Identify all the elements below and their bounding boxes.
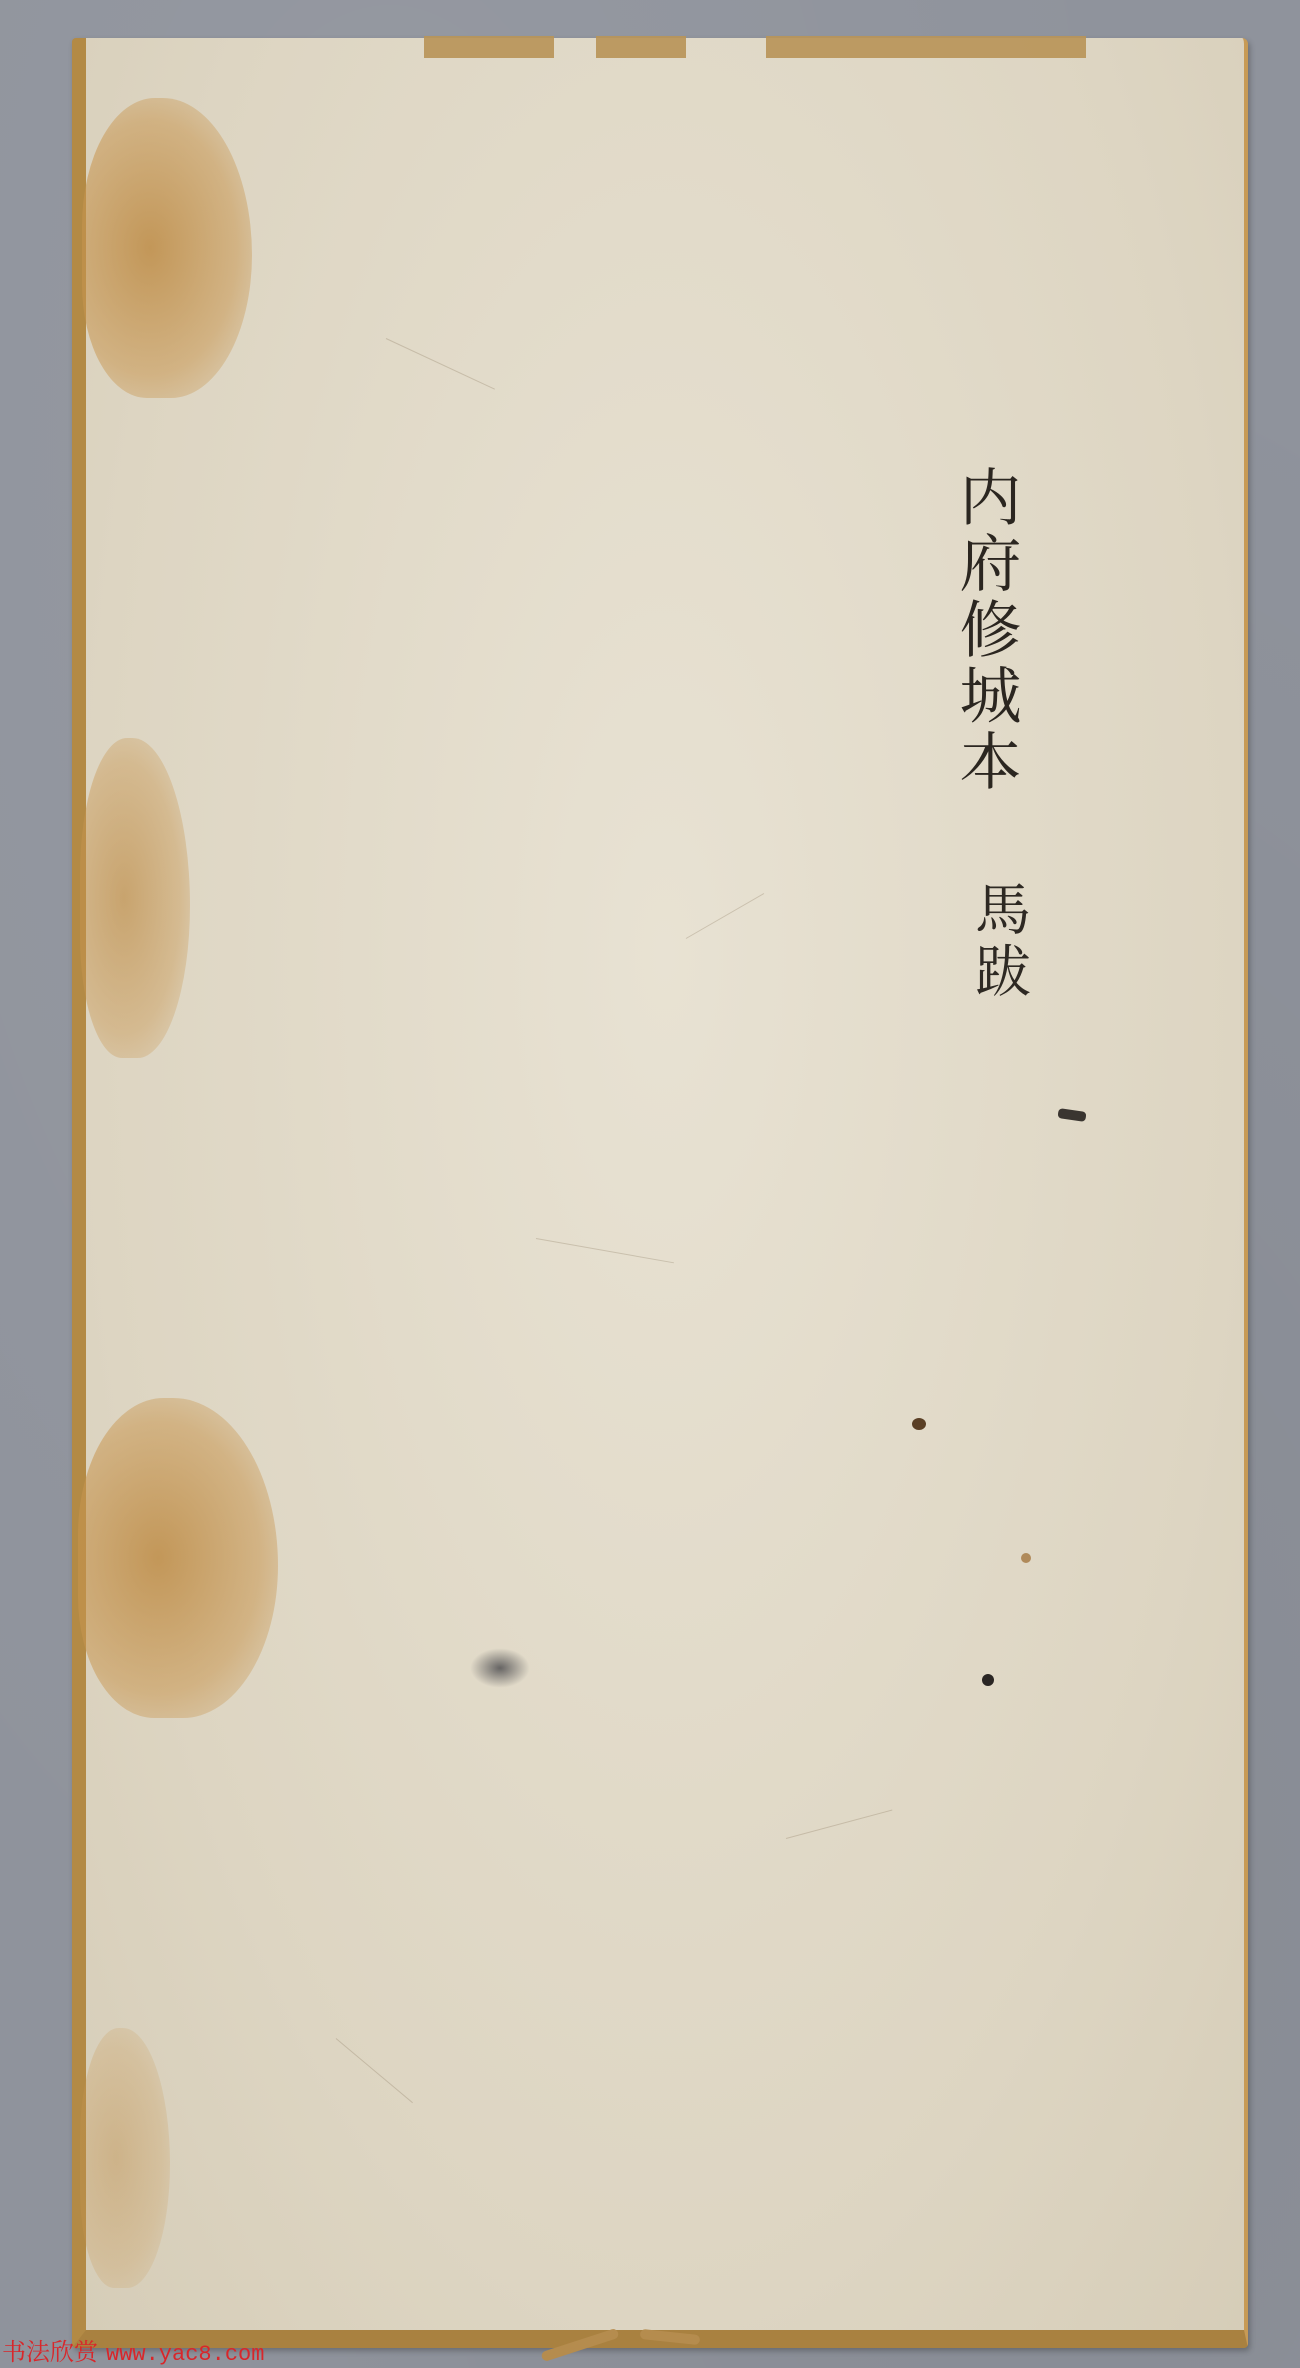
water-stain: [80, 2028, 170, 2288]
ink-spot: [912, 1418, 926, 1430]
water-stain: [82, 98, 252, 398]
paper-fiber: [686, 893, 764, 939]
cover-signature: 馬跋: [963, 880, 1033, 1004]
book-cover: [72, 38, 1248, 2348]
repair-tape: [424, 36, 554, 58]
paper-fiber: [336, 2038, 413, 2103]
repair-tape: [766, 36, 1086, 58]
ink-spot: [982, 1674, 994, 1686]
smudge: [470, 1648, 530, 1688]
watermark-text: 书法欣赏: [2, 2338, 98, 2366]
ink-spot: [1021, 1553, 1031, 1563]
paper-fiber: [786, 1810, 893, 1839]
watermark: 书法欣赏www.yac8.com: [2, 2332, 264, 2367]
paper-fiber: [386, 338, 495, 390]
watermark-url: www.yac8.com: [106, 2342, 264, 2367]
paper-fiber: [536, 1238, 674, 1263]
water-stain: [78, 1398, 278, 1718]
repair-tape: [596, 36, 686, 58]
cover-title: 内府修城本: [945, 465, 1025, 795]
water-stain: [80, 738, 190, 1058]
